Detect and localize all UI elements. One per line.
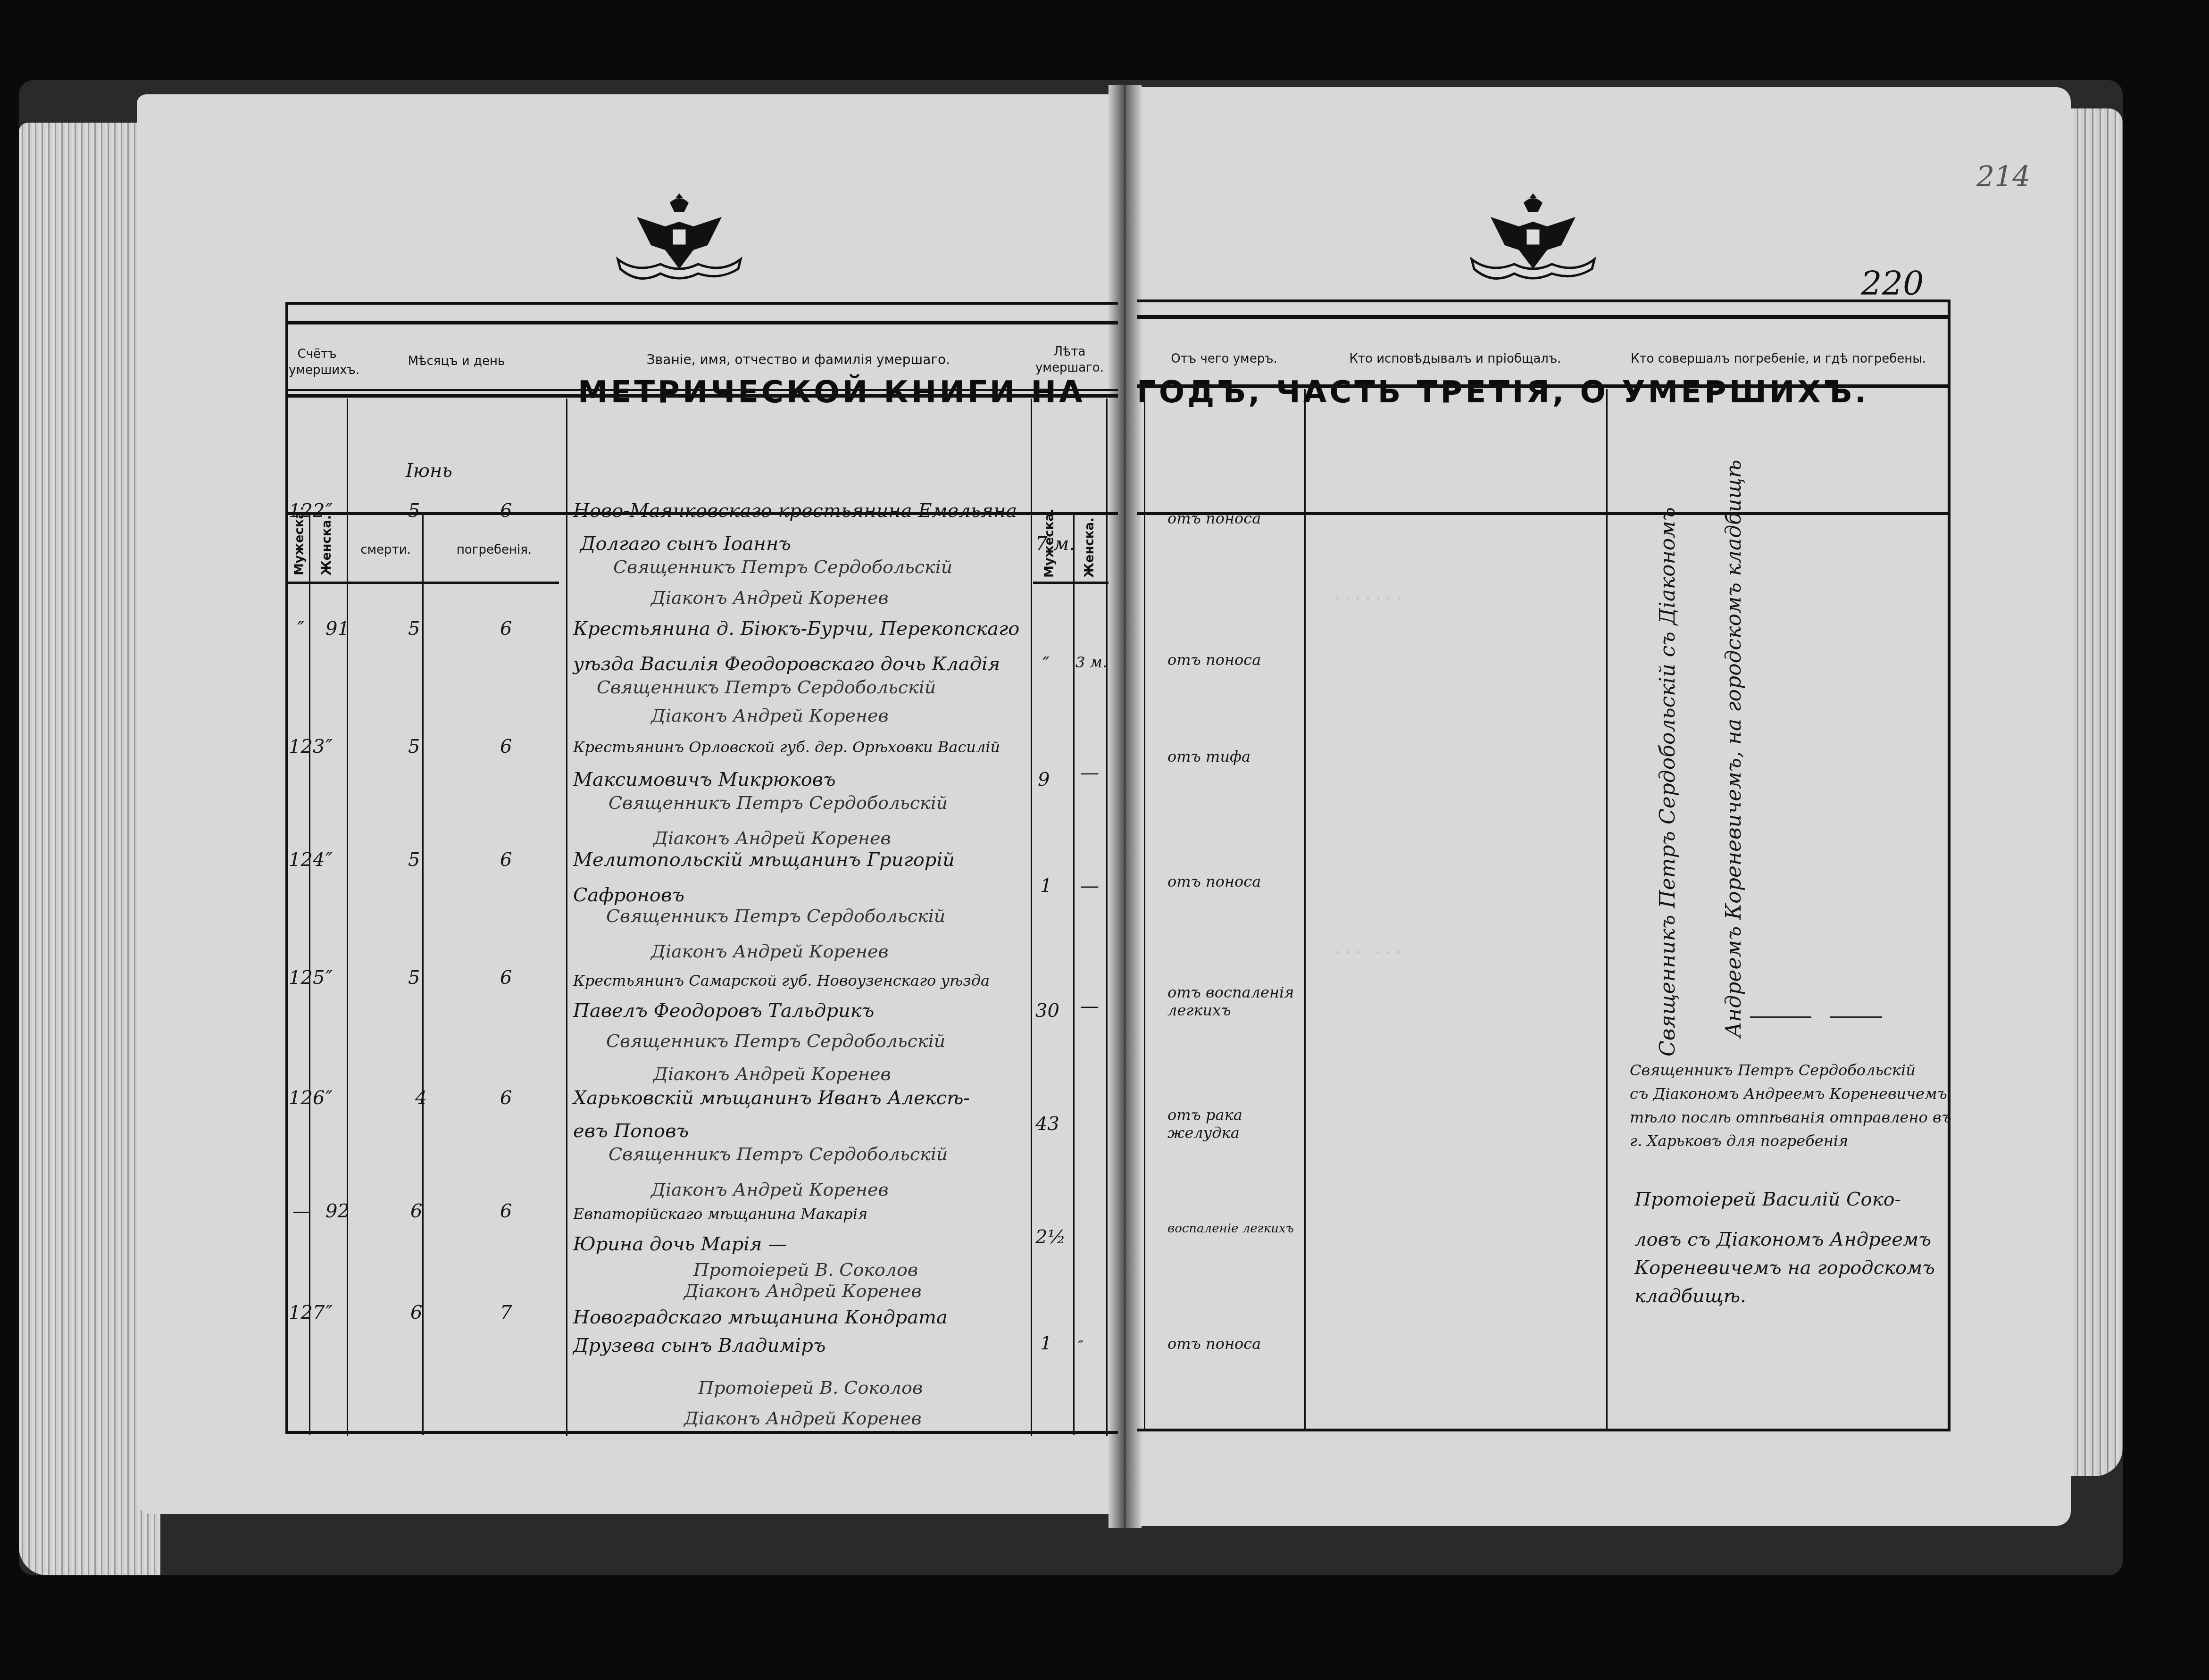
imperial-eagle-emblem-icon	[1462, 184, 1604, 283]
deceased-name-line: Крестьянина д. Біюкъ-Бурчи, Перекопскаго	[573, 618, 1019, 640]
cause-of-death: отъ поноса	[1167, 1335, 1261, 1353]
printed-page-number: 220	[1861, 264, 1924, 303]
burial-note-line: Протоіерей Василій Соко-	[1634, 1189, 1901, 1210]
deceased-name-line: уѣзда Василія Феодоровскаго дочь Кладія	[573, 653, 1000, 675]
male-count: 124	[289, 849, 325, 871]
death-day: 5	[408, 967, 420, 989]
age-male: ″	[1042, 653, 1050, 675]
burial-note-line: тѣло послѣ отпѣванія отправлено въ	[1630, 1108, 1951, 1126]
page-title-left: МЕТРИЧЕСКОЙ КНИГИ НА	[578, 375, 1085, 410]
header-death-day: смерти.	[349, 542, 422, 558]
deacon-signature: Діаконъ Андрей Коренев	[684, 1281, 922, 1301]
priest-signature: Священникъ Петръ Сердобольскій	[613, 557, 952, 577]
column-divider	[1304, 389, 1306, 1431]
deacon-signature: Діаконъ Андрей Коренев	[651, 705, 889, 726]
female-count: 92	[325, 1200, 350, 1222]
burial-day: 6	[500, 618, 512, 640]
burial-day: 6	[500, 1087, 512, 1109]
male-count: 126	[289, 1087, 325, 1109]
death-day: 5	[408, 618, 420, 640]
death-day: 5	[408, 500, 420, 522]
deacon-signature: Діаконъ Андрей Коренев	[651, 941, 889, 962]
male-count: ″	[297, 618, 304, 640]
header-month-day: Мѣсяцъ и день	[349, 354, 564, 370]
header-name: Званіе, имя, отчество и фамилія умершаго…	[568, 351, 1028, 368]
cause-of-death: отъ поноса	[1167, 651, 1261, 669]
male-count: 125	[289, 967, 325, 989]
header-female-count: Женска.	[320, 524, 334, 575]
age-male: 1	[1040, 1332, 1052, 1354]
separator-dash	[1750, 1016, 1811, 1018]
male-count: 122	[289, 500, 325, 522]
deceased-name-line: Евпаторійскаго мѣщанина Макарія	[573, 1205, 867, 1223]
deceased-name-line: Долгаго сынъ Іоаннъ	[580, 533, 791, 555]
page-title-right: ГОДЪ, ЧАСТЬ ТРЕТІЯ, О УМЕРШИХЪ.	[1137, 375, 1869, 410]
header-burial-day: погребенія.	[425, 542, 564, 558]
burial-note-line: съ Діакономъ Андреемъ Кореневичемъ	[1630, 1085, 1947, 1103]
header-double-rule	[285, 321, 1118, 324]
column-divider	[1031, 399, 1032, 1436]
deceased-name-line: евъ Поповъ	[573, 1120, 689, 1142]
female-count: ″	[325, 849, 333, 871]
deceased-name-line: Максимовичъ Микрюковъ	[573, 769, 836, 790]
cause-of-death: отъ тифа	[1167, 748, 1250, 765]
cause-of-death: отъ воспаленія легкихъ	[1167, 983, 1300, 1019]
column-divider	[1606, 389, 1608, 1431]
age-male: 7 м.	[1035, 533, 1075, 555]
burial-day: 6	[500, 736, 512, 757]
deceased-name-line: Мелитопольскій мѣщанинъ Григорій	[573, 849, 955, 871]
title-rule	[285, 394, 1118, 398]
death-day: 5	[408, 736, 420, 757]
burial-note-line: кладбищѣ.	[1634, 1285, 1746, 1307]
burial-note-line: ловъ съ Діакономъ Андреемъ	[1634, 1229, 1931, 1250]
cause-of-death: отъ поноса	[1167, 509, 1261, 527]
deacon-signature: Діаконъ Андрей Коренев	[653, 1064, 891, 1084]
burial-note-vertical: Священникъ Петръ Сердобольскій съ Діакон…	[1656, 547, 1680, 1056]
cause-of-death: воспаленіе легкихъ	[1167, 1222, 1294, 1236]
archpriest-signature: Протоіерей В. Соколов	[693, 1259, 918, 1280]
priest-signature: Священникъ Петръ Сердобольскій	[597, 677, 936, 698]
deacon-signature: Діаконъ Андрей Коренев	[651, 587, 889, 608]
burial-day: 6	[500, 967, 512, 989]
deceased-name-line: Сафроновъ	[573, 884, 684, 906]
burial-day: 7	[500, 1302, 512, 1323]
subheader-rule	[1033, 582, 1109, 584]
death-day: 6	[410, 1302, 422, 1323]
death-day: 6	[410, 1200, 422, 1222]
age-male: 9	[1038, 769, 1050, 790]
female-count: ″	[325, 736, 333, 757]
burial-note-line: Священникъ Петръ Сердобольскій	[1630, 1061, 1916, 1079]
age-male: 1	[1040, 875, 1052, 897]
archive-page-number: 214	[1976, 160, 2031, 193]
deceased-name-line: Павелъ Феодоровъ Тальдрикъ	[573, 1000, 874, 1022]
column-divider	[1073, 515, 1075, 1435]
death-day: 5	[408, 849, 420, 871]
death-day: 4	[415, 1087, 427, 1109]
priest-signature: Священникъ Петръ Сердобольскій	[606, 906, 945, 926]
deceased-name-line: Юрина дочь Марія —	[573, 1233, 787, 1255]
age-female: —	[1080, 762, 1099, 783]
header-age-female: Женска.	[1083, 521, 1097, 578]
deceased-name-line: Новоградскаго мѣщанина Кондрата	[573, 1306, 948, 1328]
deceased-name-line: Крестьянинъ Орловской губ. дер. Орѣховки…	[573, 738, 1000, 756]
burial-day: 6	[500, 500, 512, 522]
female-count: ″	[325, 1087, 333, 1109]
age-female: —	[1080, 875, 1099, 897]
header-double-rule	[1137, 315, 1951, 319]
month-label: Іюнь	[406, 460, 452, 482]
cause-of-death: отъ рака желудка	[1167, 1106, 1285, 1142]
deacon-signature: Діаконъ Андрей Коренев	[653, 828, 891, 848]
male-count: 127	[289, 1302, 325, 1323]
age-male: 2½	[1035, 1226, 1066, 1248]
age-female: —	[1080, 995, 1099, 1017]
age-female: 3 м.	[1075, 653, 1107, 671]
age-female: ″	[1078, 1337, 1084, 1355]
column-divider	[422, 515, 424, 1435]
cause-of-death: отъ поноса	[1167, 873, 1261, 890]
burial-note-line: г. Харьковъ для погребенія	[1630, 1132, 1848, 1150]
bleed-through-text: · · · · · · ·	[1335, 943, 1401, 962]
burial-day: 6	[500, 849, 512, 871]
priest-signature: Священникъ Петръ Сердобольскій	[606, 1031, 945, 1051]
separator-dash	[1830, 1016, 1882, 1018]
burial-note-vertical: Андреемъ Кореневичемъ, на городскомъ кла…	[1722, 424, 1746, 1038]
priest-signature: Священникъ Петръ Сердобольскій	[609, 1144, 948, 1164]
female-count: ″	[325, 1302, 333, 1323]
header-age: Лѣта умершаго.	[1033, 344, 1106, 376]
deceased-name-line: Друзева сынъ Владиміръ	[573, 1335, 825, 1356]
deceased-name-line: Ново-Маячковскаго крестьянина Емельяна	[573, 500, 1017, 522]
age-male: 30	[1035, 1000, 1059, 1022]
male-count: 123	[289, 736, 325, 757]
age-male: 43	[1035, 1113, 1059, 1135]
deacon-signature: Діаконъ Андрей Коренев	[684, 1408, 922, 1429]
deacon-signature: Діаконъ Андрей Коренев	[651, 1179, 889, 1200]
female-count: ″	[325, 967, 333, 989]
header-cause: Отъ чего умеръ.	[1146, 351, 1302, 367]
male-count: —	[292, 1200, 311, 1222]
burial-note-line: Кореневичемъ на городскомъ	[1634, 1257, 1935, 1279]
imperial-eagle-emblem-icon	[609, 184, 750, 283]
burial-day: 6	[500, 1200, 512, 1222]
column-divider	[566, 399, 567, 1436]
column-divider	[347, 399, 348, 1436]
bleed-through-text: · · · · · · ·	[1335, 590, 1401, 608]
title-rule	[285, 389, 1118, 391]
header-male-count: Мужеска.	[292, 524, 307, 575]
archpriest-signature: Протоіерей В. Соколов	[698, 1377, 923, 1398]
deceased-name-line: Харьковскій мѣщанинъ Иванъ Алексѣ-	[573, 1087, 970, 1109]
priest-signature: Священникъ Петръ Сердобольскій	[609, 792, 948, 813]
female-count: ″	[325, 500, 333, 522]
column-divider	[1106, 399, 1108, 1436]
column-divider	[1144, 389, 1145, 1431]
deceased-name-line: Крестьянинъ Самарской губ. Новоузенскаго…	[573, 972, 990, 990]
header-death-count: Счётъ умершихъ.	[289, 347, 345, 379]
header-burial-officiant: Кто совершалъ погребеніе, и гдѣ погребен…	[1609, 351, 1948, 367]
female-count: 91	[325, 618, 350, 640]
title-rule	[1137, 384, 1951, 388]
header-confessor: Кто исповѣдывалъ и пріобщалъ.	[1307, 351, 1604, 367]
